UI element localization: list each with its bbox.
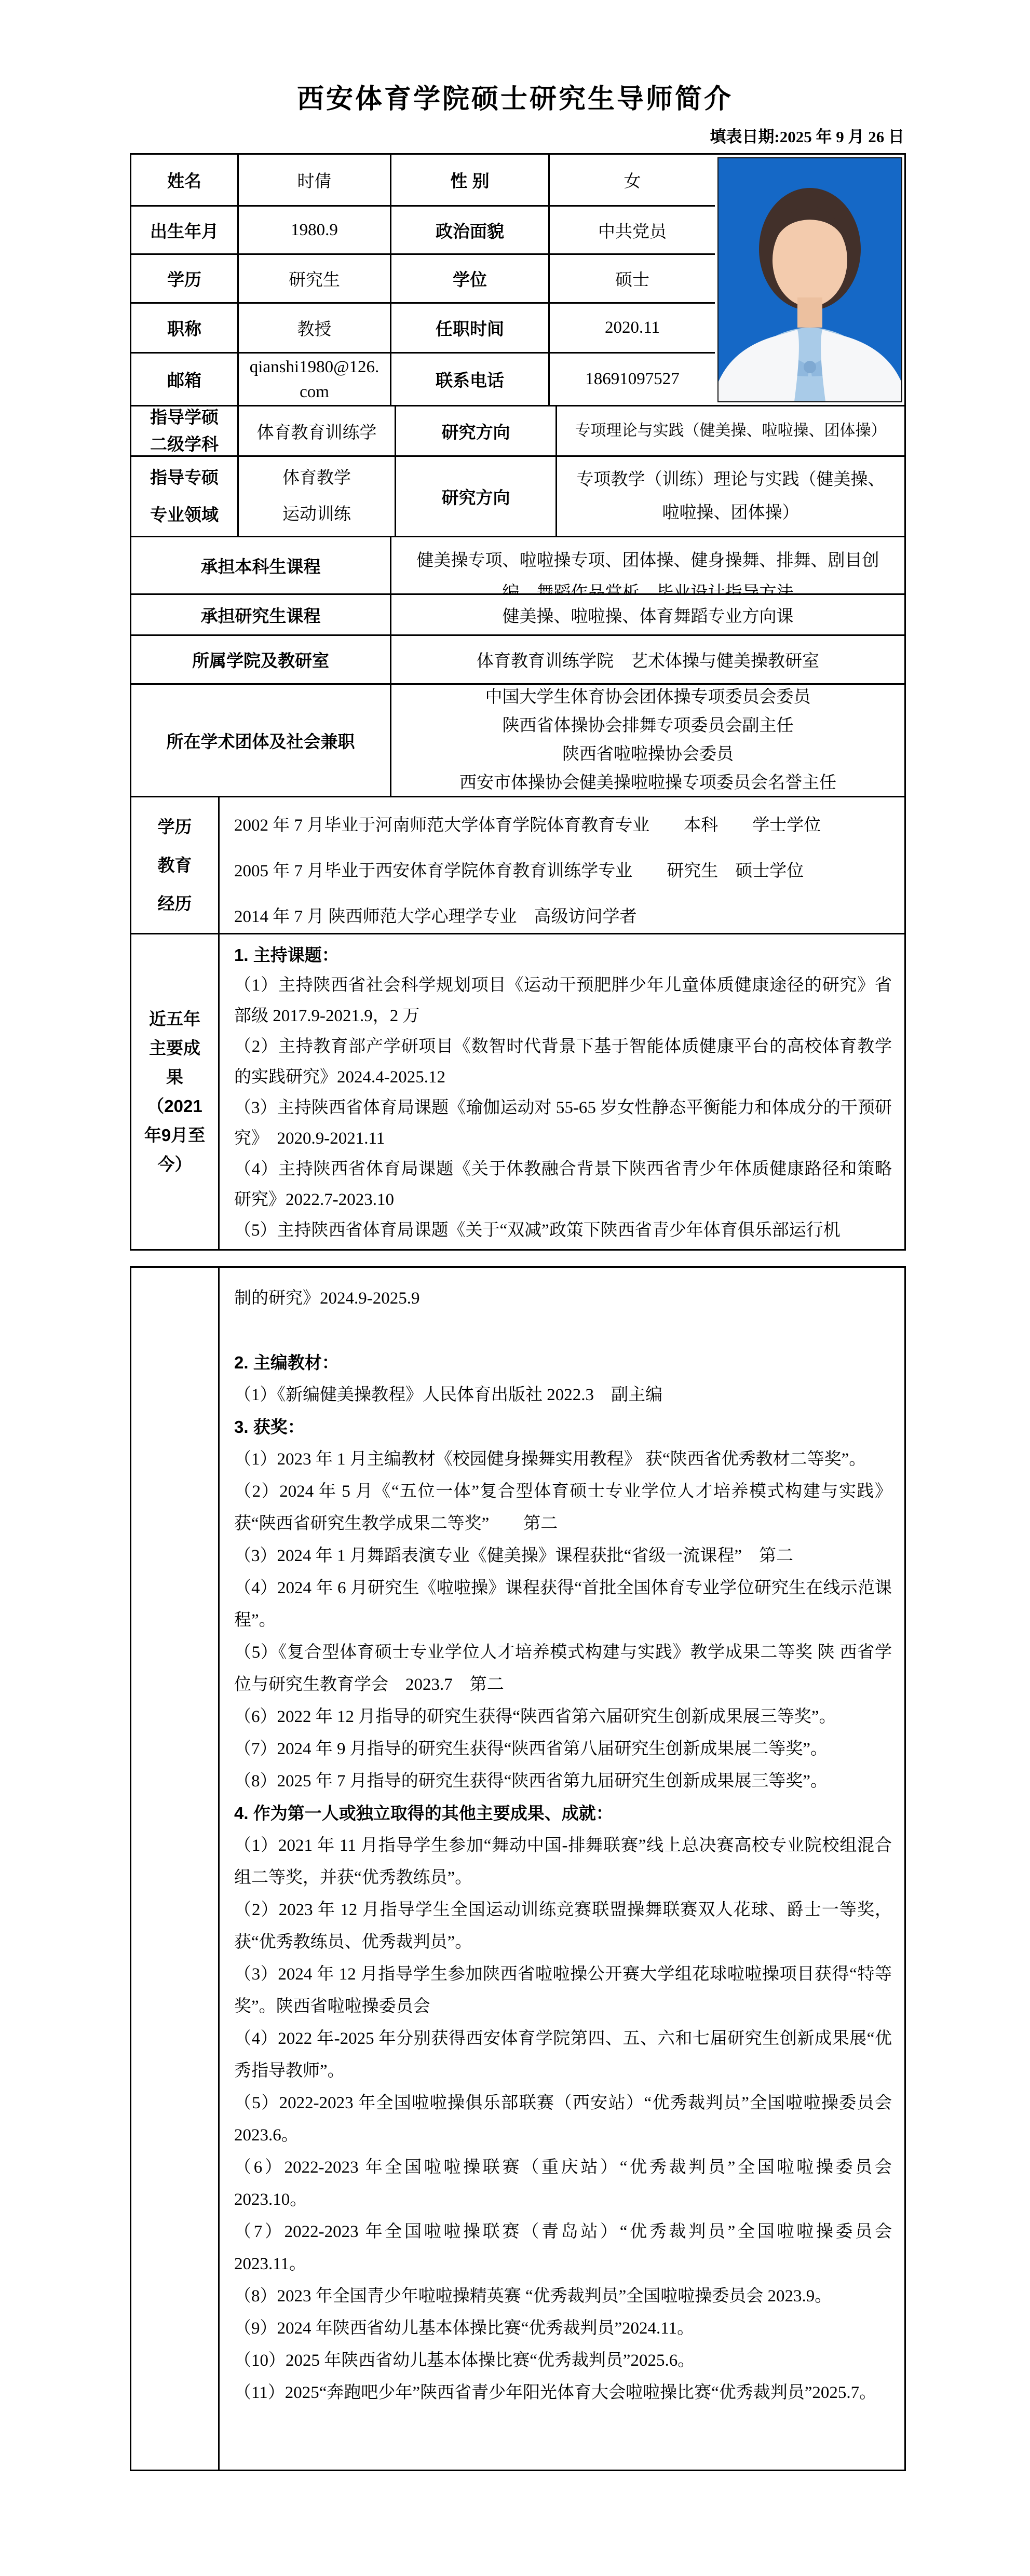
name-label: 姓名 [131, 155, 239, 207]
professional-field-row: 指导专硕专业领域 体育教学 运动训练 研究方向 专项教学（训练）理论与实践（健美… [131, 457, 904, 537]
professional-direction-label: 研究方向 [396, 457, 557, 537]
memberships-value: 中国大学生体育协会团体操专项委员会委员 陕西省体操协会排舞专项委员会副主任 陕西… [391, 685, 904, 797]
achievement-item: （10）2025 年陕西省幼儿基本体操比赛“优秀裁判员”2025.6。 [234, 2344, 892, 2377]
phone-value: 18691097527 [550, 354, 715, 406]
grad-courses-row: 承担研究生课程 健美操、啦啦操、体育舞蹈专业方向课 [131, 595, 904, 636]
academic-discipline-value: 体育教育训练学 [239, 406, 396, 457]
achievement-item: （5）2022-2023 年全国啦啦操俱乐部联赛（西安站）“优秀裁判员”全国啦啦… [234, 2087, 892, 2151]
fill-date: 填表日期:2025 年 9 月 26 日 [710, 124, 904, 147]
education-label: 学历 [131, 255, 239, 304]
achievements-label: 近五年主要成果（2021年9月至今） [131, 934, 220, 1249]
academic-discipline-row: 指导学硕二级学科 体育教育训练学 研究方向 专项理论与实践（健美操、啦啦操、团体… [131, 406, 904, 457]
membership-item: 陕西省啦啦操协会委员 [562, 740, 734, 769]
achievements-continued-label-cell [131, 1268, 220, 2470]
education-history-item: 2002 年 7 月毕业于河南师范大学体育学院体育教育专业 本科 学士学位 [234, 803, 892, 848]
birth-value: 1980.9 [239, 207, 391, 255]
academic-direction-label: 研究方向 [396, 406, 557, 457]
professional-direction-value: 专项教学（训练）理论与实践（健美操、啦啦操、团体操） [557, 457, 904, 537]
achievement-item: （4）2024 年 6 月研究生《啦啦操》课程获得“首批全国体育专业学位研究生在… [234, 1572, 892, 1636]
professional-field-label-text: 指导专硕专业领域 [145, 459, 223, 534]
education-history-item: 2014 年 7 月 陕西师范大学心理学专业 高级访问学者 [234, 894, 892, 934]
grad-courses-value: 健美操、啦啦操、体育舞蹈专业方向课 [391, 595, 904, 636]
academic-direction-value: 专项理论与实践（健美操、啦啦操、团体操） [557, 406, 904, 457]
degree-label: 学位 [391, 255, 550, 304]
achievements-row: 近五年主要成果（2021年9月至今） 1. 主持课题： （1）主持陕西省社会科学… [131, 934, 904, 1249]
achievement-item: （9）2024 年陕西省幼儿基本体操比赛“优秀裁判员”2024.11。 [234, 2312, 892, 2344]
appointment-label: 任职时间 [391, 304, 550, 354]
education-history-value: 2002 年 7 月毕业于河南师范大学体育学院体育教育专业 本科 学士学位 20… [220, 797, 904, 934]
achievement-item: （2）2023 年 12 月指导学生全国运动训练竞赛联盟操舞联赛双人花球、爵士一… [234, 1894, 892, 1958]
appointment-value: 2020.11 [550, 304, 715, 354]
document-page: 西安体育学院硕士研究生导师简介 填表日期:2025 年 9 月 26 日 姓名 … [0, 0, 1030, 2576]
achievements-content-page2: 制的研究》2024.9-2025.9 2. 主编教材： （1）《新编健美操教程》… [220, 1268, 904, 2470]
professional-field-lines: 体育教学 运动训练 [282, 460, 351, 533]
memberships-row: 所在学术团体及社会兼职 中国大学生体育协会团体操专项委员会委员 陕西省体操协会排… [131, 685, 904, 797]
achievements-content-page1: 1. 主持课题： （1）主持陕西省社会科学规划项目《运动干预肥胖少年儿童体质健康… [220, 934, 904, 1249]
affiliation-row: 所属学院及教研室 体育教育训练学院 艺术体操与健美操教研室 [131, 636, 904, 685]
title-value: 教授 [239, 304, 391, 354]
academic-discipline-label: 指导学硕二级学科 [131, 406, 239, 457]
membership-item: 中国大学生体育协会团体操专项委员会委员 [485, 685, 811, 712]
achievement-item: （5）主持陕西省体育局课题《关于“双减”政策下陕西省青少年体育俱乐部运行机 [234, 1215, 892, 1246]
memberships-label: 所在学术团体及社会兼职 [131, 685, 391, 797]
achievement-item: （6）2022-2023 年全国啦啦操联赛（重庆站）“优秀裁判员”全国啦啦操委员… [234, 2151, 892, 2216]
affiliation-value: 体育教育训练学院 艺术体操与健美操教研室 [391, 636, 904, 685]
academic-discipline-label-text: 指导学硕二级学科 [145, 406, 223, 457]
achievement-item: （4）2022 年-2025 年分别获得西安体育学院第四、五、六和七届研究生创新… [234, 2023, 892, 2087]
achievements-label-text: 近五年主要成果（2021年9月至今） [144, 1005, 206, 1179]
birth-label: 出生年月 [131, 207, 239, 255]
email-value: qianshi1980@126.com [239, 354, 391, 406]
title-label: 职称 [131, 304, 239, 354]
gender-label: 性 别 [391, 155, 550, 207]
education-history-label-text: 学历教育经历 [156, 808, 194, 923]
table-row: 邮箱 qianshi1980@126.com 联系电话 18691097527 [131, 354, 715, 406]
table-row: 出生年月 1980.9 政治面貌 中共党员 [131, 207, 715, 255]
phone-label: 联系电话 [391, 354, 550, 406]
affiliation-label: 所属学院及教研室 [131, 636, 391, 685]
political-label: 政治面貌 [391, 207, 550, 255]
professional-field-value: 体育教学 运动训练 [239, 457, 396, 537]
education-history-item: 2005 年 7 月毕业于西安体育学院体育教育训练学专业 研究生 硕士学位 [234, 848, 892, 894]
basic-info-band: 姓名 时倩 性 别 女 出生年月 1980.9 政治面貌 中共党员 学历 研究生… [131, 155, 904, 406]
achievement-item: （6）2022 年 12 月指导的研究生获得“陕西省第六届研究生创新成果展三等奖… [234, 1701, 892, 1733]
name-value: 时倩 [239, 155, 391, 207]
page-title: 西安体育学院硕士研究生导师简介 [0, 77, 1030, 116]
table-row: 职称 教授 任职时间 2020.11 [131, 304, 715, 354]
achievements-continued-row: 制的研究》2024.9-2025.9 2. 主编教材： （1）《新编健美操教程》… [131, 1268, 904, 2470]
achievement-item: （3）2024 年 1 月舞蹈表演专业《健美操》课程获批“省级一流课程” 第二 [234, 1540, 892, 1572]
professional-field-line1: 体育教学 [282, 460, 351, 496]
achievement-item: （4）主持陕西省体育局课题《关于体教融合背景下陕西省青少年体质健康路径和策略研究… [234, 1154, 892, 1215]
degree-value: 硕士 [550, 255, 715, 304]
achievement-item: （1）2021 年 11 月指导学生参加“舞动中国-排舞联赛”线上总决赛高校专业… [234, 1829, 892, 1894]
education-history-label: 学历教育经历 [131, 797, 220, 934]
undergrad-courses-label: 承担本科生课程 [131, 537, 391, 595]
achievement-item: （3）主持陕西省体育局课题《瑜伽运动对 55-65 岁女性静态平衡能力和体成分的… [234, 1093, 892, 1154]
achievement-section-heading: 1. 主持课题： [234, 940, 892, 970]
achievement-item: （1）2023 年 1 月主编教材《校园健身操舞实用教程》 获“陕西省优秀教材二… [234, 1443, 892, 1475]
achievement-item: （1）《新编健美操教程》人民体育出版社 2022.3 副主编 [234, 1379, 892, 1411]
portrait-photo-illustration [719, 158, 901, 401]
achievement-item: （11）2025“奔跑吧少年”陕西省青少年阳光体育大会啦啦操比赛“优秀裁判员”2… [234, 2377, 892, 2409]
professional-field-line2: 运动训练 [282, 496, 351, 533]
achievement-item: （7）2024 年 9 月指导的研究生获得“陕西省第八届研究生创新成果展二等奖”… [234, 1733, 892, 1765]
memberships-lines: 中国大学生体育协会团体操专项委员会委员 陕西省体操协会排舞专项委员会副主任 陕西… [459, 685, 836, 797]
achievement-item: （8）2025 年 7 月指导的研究生获得“陕西省第九届研究生创新成果展三等奖”… [234, 1765, 892, 1797]
achievement-item: （5）《复合型体育硕士专业学位人才培养模式构建与实践》教学成果二等奖 陕 西省学… [234, 1636, 892, 1701]
professional-field-label: 指导专硕专业领域 [131, 457, 239, 537]
profile-table-page2: 制的研究》2024.9-2025.9 2. 主编教材： （1）《新编健美操教程》… [130, 1266, 906, 2471]
education-history-row: 学历教育经历 2002 年 7 月毕业于河南师范大学体育学院体育教育专业 本科 … [131, 797, 904, 934]
achievement-section-heading: 2. 主编教材： [234, 1347, 892, 1379]
achievement-item: （1）主持陕西省社会科学规划项目《运动干预肥胖少年儿童体质健康途径的研究》省部级… [234, 970, 892, 1032]
undergrad-courses-value: 健美操专项、啦啦操专项、团体操、健身操舞、排舞、剧目创编、舞蹈作品赏析、毕业设计… [391, 537, 904, 595]
portrait-photo [717, 157, 902, 402]
grad-courses-label: 承担研究生课程 [131, 595, 391, 636]
membership-item: 陕西省体操协会排舞专项委员会副主任 [503, 712, 794, 740]
profile-table-page1: 姓名 时倩 性 别 女 出生年月 1980.9 政治面貌 中共党员 学历 研究生… [130, 153, 906, 1251]
gender-value: 女 [550, 155, 715, 207]
education-value: 研究生 [239, 255, 391, 304]
political-value: 中共党员 [550, 207, 715, 255]
achievement-item: （2）主持教育部产学研项目《数智时代背景下基于智能体质健康平台的高校体育教学的实… [234, 1032, 892, 1093]
achievement-section-heading: 3. 获奖： [234, 1411, 892, 1443]
achievement-item: （8）2023 年全国青少年啦啦操精英赛 “优秀裁判员”全国啦啦操委员会 202… [234, 2280, 892, 2312]
email-label: 邮箱 [131, 354, 239, 406]
achievement-item: （2）2024 年 5 月《“五位一体”复合型体育硕士专业学位人才培养模式构建与… [234, 1475, 892, 1540]
email-text: qianshi1980@126.com [239, 355, 390, 404]
achievement-section-heading: 4. 作为第一人或独立取得的其他主要成果、成就： [234, 1797, 892, 1829]
table-row: 姓名 时倩 性 别 女 [131, 155, 715, 207]
undergrad-courses-row: 承担本科生课程 健美操专项、啦啦操专项、团体操、健身操舞、排舞、剧目创编、舞蹈作… [131, 537, 904, 595]
achievement-item: （3）2024 年 12 月指导学生参加陕西省啦啦操公开赛大学组花球啦啦操项目获… [234, 1958, 892, 2023]
portrait-photo-cell [715, 155, 904, 406]
achievement-item: （7）2022-2023 年全国啦啦操联赛（青岛站）“优秀裁判员”全国啦啦操委员… [234, 2216, 892, 2280]
table-row: 学历 研究生 学位 硕士 [131, 255, 715, 304]
achievement-item: 制的研究》2024.9-2025.9 [234, 1282, 892, 1314]
membership-item: 西安市体操协会健美操啦啦操专项委员会名誉主任 [459, 769, 836, 797]
